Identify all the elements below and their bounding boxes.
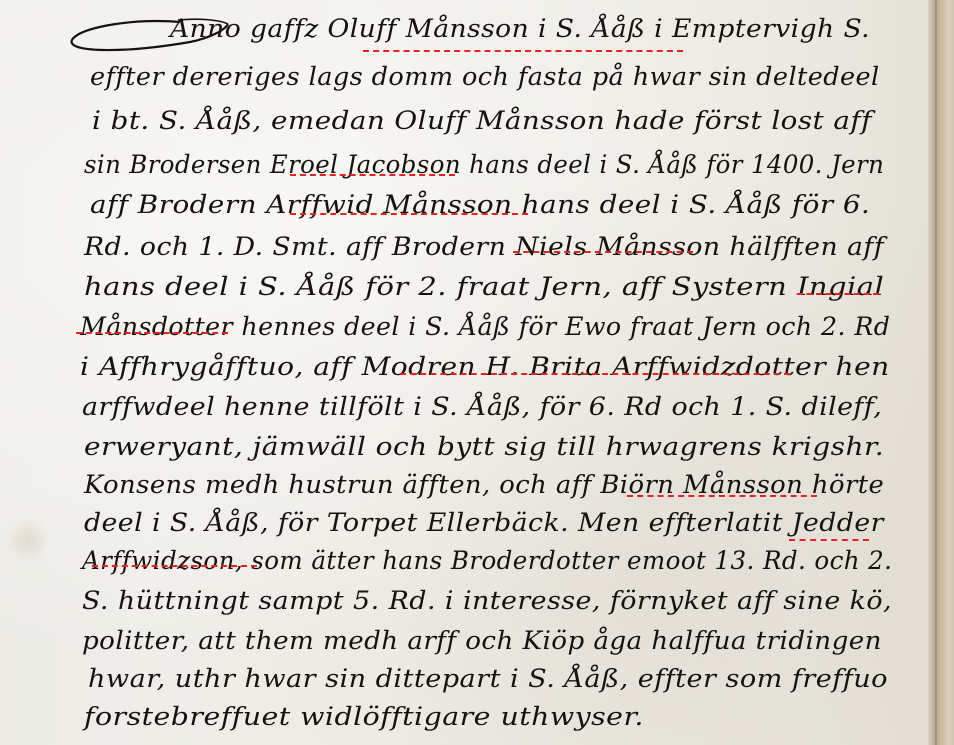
manuscript-line: S. hüttningt sampt 5. Rd. i interesse, f…: [82, 586, 892, 615]
manuscript-line: deel i S. Ååß, för Torpet Ellerbäck. Men…: [84, 508, 884, 537]
manuscript-line: erweryant, jämwäll och bytt sig till hrw…: [84, 432, 884, 461]
name-underline-annotation: [92, 565, 257, 567]
manuscript-line: arffwdeel henne tillfölt i S. Ååß, för 6…: [82, 392, 882, 421]
name-underline-annotation: [290, 174, 455, 176]
name-underline-annotation: [513, 251, 693, 253]
manuscript-line: politter, att them medh arff och Kiöp åg…: [82, 626, 882, 655]
name-underline-annotation: [400, 373, 790, 375]
name-underline-annotation: [363, 50, 683, 52]
manuscript-line: sin Brodersen Eroel Jacobson hans deel i…: [84, 150, 884, 179]
manuscript-line: Rd. och 1. D. Smt. aff Brodern Niels Mån…: [84, 232, 884, 261]
name-underline-annotation: [789, 539, 869, 541]
manuscript-line: i Affhrygåfftuo, aff Modren H. Brita Arf…: [80, 352, 890, 381]
manuscript-line: hans deel i S. Ååß för 2. fraat Jern, af…: [84, 272, 884, 301]
manuscript-line: hwar, uthr hwar sin dittepart i S. Ååß, …: [88, 664, 888, 693]
name-underline-annotation: [797, 293, 879, 295]
name-underline-annotation: [290, 213, 528, 215]
manuscript-page: Anno gaffz Oluff Månsson i S. Ååß i Empt…: [0, 0, 940, 745]
manuscript-line: forstebreffuet widlöfftigare uthwyser.: [84, 702, 644, 731]
name-underline-annotation: [76, 332, 228, 334]
page-binding-edge: [928, 0, 954, 745]
manuscript-line: effter dereriges lags domm och fasta på …: [90, 62, 880, 91]
manuscript-line: i bt. S. Ååß, emedan Oluff Månsson hade …: [92, 106, 872, 135]
page-fold-line: [935, 0, 937, 745]
manuscript-line: Arffwidzson, som ätter hans Broderdotter…: [82, 546, 892, 575]
manuscript-line: Anno gaffz Oluff Månsson i S. Ååß i Empt…: [170, 14, 870, 43]
name-underline-annotation: [627, 495, 817, 497]
manuscript-line: Månsdotter hennes deel i S. Ååß för Ewo …: [80, 312, 890, 341]
